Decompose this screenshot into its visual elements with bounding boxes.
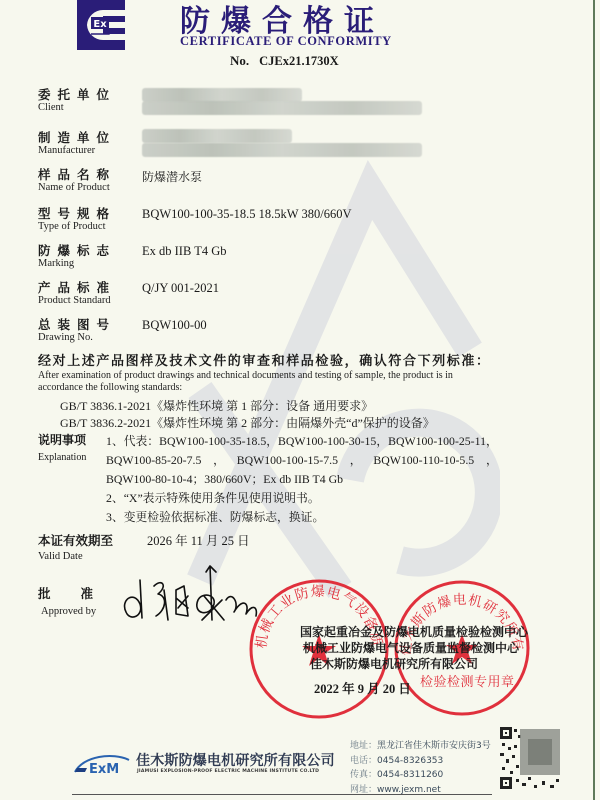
valid-date-label: 本证有效期至 Valid Date bbox=[38, 531, 113, 562]
contact-value: 0454-8311260 bbox=[377, 770, 443, 780]
svg-text:ExM: ExM bbox=[89, 762, 119, 776]
field-label-cn: 委托单位 bbox=[38, 88, 578, 102]
standard-item: GB/T 3836.1-2021《爆炸性环境 第 1 部分：设备 通用要求》 bbox=[60, 397, 373, 414]
field-value: Q/JY 001-2021 bbox=[142, 281, 219, 296]
valid-label-en: Valid Date bbox=[38, 551, 113, 562]
contact-address: 地址：黑龙江省佳木斯市安庆街3号 bbox=[350, 739, 491, 754]
field-marking: 防爆标志 Marking Ex db IIB T4 Gb bbox=[38, 244, 578, 270]
explanation-label: 说明事项 Explanation bbox=[38, 431, 86, 463]
issuer-line: 佳木斯防爆电机研究所有限公司 bbox=[224, 656, 564, 672]
footer-company-cn: 佳木斯防爆电机研究所有限公司 bbox=[136, 750, 335, 770]
field-client: 委托单位 Client bbox=[38, 88, 578, 114]
field-value: Ex db IIB T4 Gb bbox=[142, 244, 227, 259]
approved-by-label: 批准 Approved by bbox=[38, 584, 123, 617]
footer-divider bbox=[72, 794, 492, 795]
issuer-line: 国家起重冶金及防爆电机质量检验检测中心 bbox=[264, 624, 564, 640]
field-label-en: Name of Product bbox=[38, 182, 578, 194]
explanation-line: 3、变更检验依据标准、防爆标志，换证。 bbox=[106, 508, 324, 525]
qr-code-icon bbox=[498, 725, 562, 793]
redacted-value bbox=[142, 101, 422, 115]
website-link[interactable]: www.jexm.net bbox=[377, 785, 441, 795]
issuer-block: 国家起重冶金及防爆电机质量检验检测中心 机械工业防爆电气设备质量监督检测中心 佳… bbox=[264, 624, 564, 672]
certificate-number: No.CJEx21.1730X bbox=[230, 53, 339, 69]
certificate-title-en: CERTIFICATE OF CONFORMITY bbox=[180, 34, 406, 49]
redacted-value bbox=[142, 129, 292, 143]
field-value: BQW100-100-35-18.5 18.5kW 380/660V bbox=[142, 207, 351, 222]
contact-key: 网址： bbox=[350, 785, 377, 795]
standard-item: GB/T 3836.2-2021《爆炸性环境 第 2 部分：由隔爆外壳“d”保护… bbox=[60, 414, 435, 431]
valid-label-cn: 本证有效期至 bbox=[38, 531, 113, 549]
footer-contacts: 地址：黑龙江省佳木斯市安庆街3号 电话：0454-8326353 传真：0454… bbox=[350, 739, 491, 797]
field-label-en: Type of Product bbox=[38, 221, 578, 233]
approved-label-en: Approved by bbox=[41, 606, 123, 617]
field-manufacturer: 制造单位 Manufacturer bbox=[38, 131, 578, 157]
field-label-cn: 防爆标志 bbox=[38, 244, 578, 258]
contact-key: 地址： bbox=[350, 741, 377, 751]
issue-date: 2022 年 9 月 20 日 bbox=[314, 679, 411, 697]
explanation-label-en: Explanation bbox=[38, 452, 86, 463]
explanation-line: BQW100-80-10-4；380/660V；Ex db IIB T4 Gb bbox=[106, 470, 343, 487]
field-label-en: Marking bbox=[38, 258, 578, 270]
exm-logo-icon: ExM bbox=[73, 752, 133, 776]
field-value: 防爆潜水泵 bbox=[142, 168, 202, 185]
page-border bbox=[593, 0, 595, 800]
valid-date-value: 2026 年 11 月 25 日 bbox=[147, 531, 250, 549]
contact-key: 传真： bbox=[350, 770, 377, 780]
svg-text:Ex: Ex bbox=[93, 19, 107, 30]
statement-cn: 经对上述产品图样及技术文件的审查和样品检验，确认符合下列标准： bbox=[38, 350, 491, 369]
field-label-cn: 总装图号 bbox=[38, 318, 578, 332]
explanation-line: 2、“X”表示特殊使用条件见使用说明书。 bbox=[106, 489, 320, 506]
explanation-label-cn: 说明事项 bbox=[38, 431, 86, 448]
footer-company-en: JIAMUSI EXPLOSION-PROOF ELECTRIC MACHINE… bbox=[137, 769, 319, 774]
field-label-en: Product Standard bbox=[38, 295, 578, 307]
field-label-cn: 产品标准 bbox=[38, 281, 578, 295]
field-value: BQW100-00 bbox=[142, 318, 207, 333]
cert-no-value: CJEx21.1730X bbox=[259, 54, 339, 68]
approved-label-cn: 批准 bbox=[38, 584, 123, 602]
explanation-line: 1、代表：BQW100-100-35-18.5，BQW100-100-30-15… bbox=[106, 432, 498, 449]
issuer-line: 机械工业防爆电气设备质量监督检测中心 bbox=[258, 640, 564, 656]
contact-value: 0454-8326353 bbox=[377, 756, 443, 766]
ex-logo-icon: Ex bbox=[77, 0, 125, 50]
field-label-en: Drawing No. bbox=[38, 332, 578, 344]
contact-phone: 电话：0454-8326353 bbox=[350, 754, 491, 769]
field-product-type: 型号规格 Type of Product BQW100-100-35-18.5 … bbox=[38, 207, 578, 233]
stamp-inspection-text: 检验检测专用章 bbox=[420, 671, 515, 690]
field-product-name: 样品名称 Name of Product 防爆潜水泵 bbox=[38, 168, 578, 194]
contact-fax: 传真：0454-8311260 bbox=[350, 768, 491, 783]
field-drawing-no: 总装图号 Drawing No. BQW100-00 bbox=[38, 318, 578, 344]
explanation-line: BQW100-85-20-7.5 ， BQW100-100-15-7.5 ， B… bbox=[106, 451, 498, 468]
certificate-page: Ex 防爆合格证 CERTIFICATE OF CONFORMITY No.CJ… bbox=[0, 0, 600, 800]
redacted-value bbox=[142, 143, 422, 157]
cert-no-label: No. bbox=[230, 53, 249, 68]
field-label-cn: 样品名称 bbox=[38, 168, 578, 182]
field-product-standard: 产品标准 Product Standard Q/JY 001-2021 bbox=[38, 281, 578, 307]
redacted-value bbox=[142, 88, 302, 102]
contact-key: 电话： bbox=[350, 756, 377, 766]
contact-value: 黑龙江省佳木斯市安庆街3号 bbox=[377, 741, 491, 751]
statement-en: After examination of product drawings an… bbox=[38, 370, 498, 394]
